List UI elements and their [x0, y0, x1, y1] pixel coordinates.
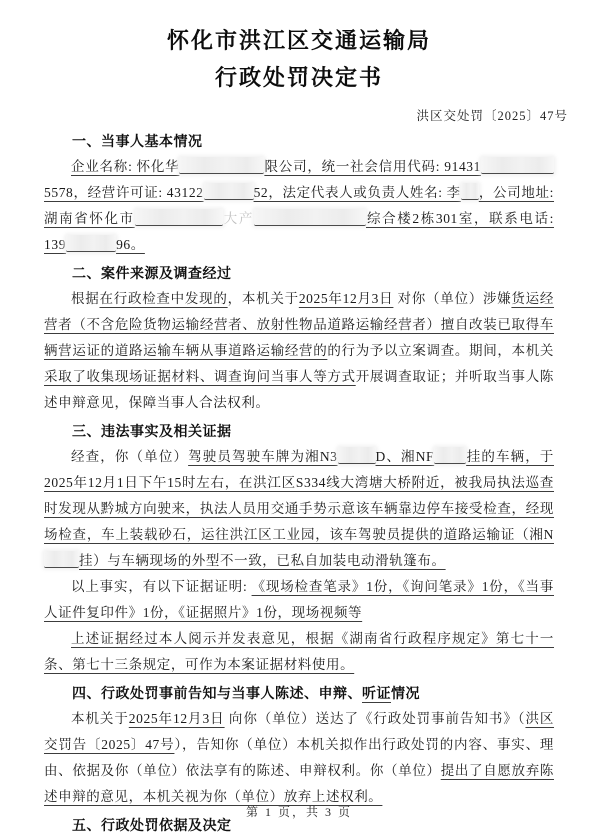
document-body: 一、当事人基本情况企业名称: 怀化华限公司，统一社会信用代码: 91431557…	[44, 128, 554, 838]
redaction-box	[135, 209, 223, 226]
paragraph: 本机关于2025年12月3日 向你（单位）送达了《行政处罚事前告知书》（洪区交罚…	[44, 706, 554, 810]
text-run: 企业名称: 怀化华	[71, 159, 179, 174]
text-run: 听证	[362, 685, 391, 701]
paragraph: 上述证据经过本人阅示并发表意见，根据《湖南省行政程序规定》第七十一条、第七十三条…	[44, 626, 554, 678]
text-run: 本机关于	[71, 711, 129, 726]
text-run: 5578，经营许可证: 43122	[44, 185, 204, 200]
section-heading: 三、违法事实及相关证据	[44, 418, 554, 444]
section-heading: 一、当事人基本情况	[44, 128, 554, 154]
text-run: 二、案件来源及调查经过	[72, 265, 232, 281]
text-run: 限公司，统一社会信用代码: 91431	[264, 159, 481, 174]
redaction-box	[44, 551, 79, 568]
document-number: 洪区交处罚〔2025〕47号	[44, 106, 568, 124]
redaction-box	[66, 235, 116, 252]
text-run: 挂）与车辆现场的外型不一致，已私自加装电动滑轨篷布。	[79, 553, 446, 568]
text-run: 三、违法事实及相关证据	[72, 423, 232, 439]
text-run: 四、行政处罚事前告知与当事人陈述、申辩、	[72, 685, 362, 701]
text-run: 96。	[116, 237, 145, 252]
text-run: 经查，你（单位）	[71, 449, 188, 464]
document-title-line2: 行政处罚决定书	[44, 59, 554, 96]
text-run: 情况	[391, 685, 420, 701]
text-run: 在行政检查中发现的	[99, 291, 227, 306]
text-run: 的行为予以立案调查。期间，本机关	[327, 343, 554, 358]
text-run: 2025年12月3日	[129, 711, 225, 726]
text-run: 上述证据经过本人阅示并发表意见，根据《湖南省行政程序规定》第七十一条、第七十三条…	[44, 631, 554, 672]
text-run: 以上事实，有以下证据证明:	[71, 579, 252, 594]
redaction-box	[254, 209, 366, 226]
redaction-box	[481, 157, 554, 174]
document-title-line1: 怀化市洪江区交通运输局	[44, 22, 554, 59]
section-heading: 四、行政处罚事前告知与当事人陈述、申辩、听证情况	[44, 680, 554, 706]
text-run: 向你（单位）送达了《行政处罚事前告知书》（	[225, 711, 526, 726]
redaction-box	[461, 183, 479, 200]
page-number: 第 1 页，共 3 页	[0, 803, 598, 820]
redaction-box	[338, 447, 376, 464]
text-run: 一、当事人基本情况	[72, 133, 203, 149]
redaction-box	[434, 447, 466, 464]
text-run: 驾驶员驾驶车牌为湘N3	[188, 449, 337, 464]
paragraph: 根据在行政检查中发现的，本机关于2025年12月3日 对你（单位）涉嫌货运经营者…	[44, 286, 554, 416]
paragraph: 企业名称: 怀化华限公司，统一社会信用代码: 914315578，经营许可证: …	[44, 154, 554, 258]
text-run: 52，法定代表人或负责人姓名: 李	[254, 185, 461, 200]
text-run: ，本机关于	[228, 291, 299, 306]
text-run: D、湘NF	[376, 449, 435, 464]
redacted-ghost-text: 大产	[223, 211, 254, 226]
text-run: 采取了收集现场证据材料、调查询问当事人等方式	[44, 369, 356, 384]
text-run: 2025年12月3日	[299, 291, 394, 306]
redaction-box	[204, 183, 254, 200]
paragraph: 以上事实，有以下证据证明: 《现场检查笔录》1份，《询问笔录》1份，《当事人证件…	[44, 574, 554, 626]
paragraph: 经查，你（单位）驾驶员驾驶车牌为湘N3D、湘NF挂的车辆，于2025年12月1日…	[44, 444, 554, 574]
redaction-box	[179, 157, 264, 174]
document-page: 怀化市洪江区交通运输局 行政处罚决定书 洪区交处罚〔2025〕47号 一、当事人…	[0, 0, 598, 840]
text-run: 对你（单位）涉嫌	[393, 291, 511, 306]
section-heading: 二、案件来源及调查经过	[44, 260, 554, 286]
text-run: 根据	[71, 291, 99, 306]
